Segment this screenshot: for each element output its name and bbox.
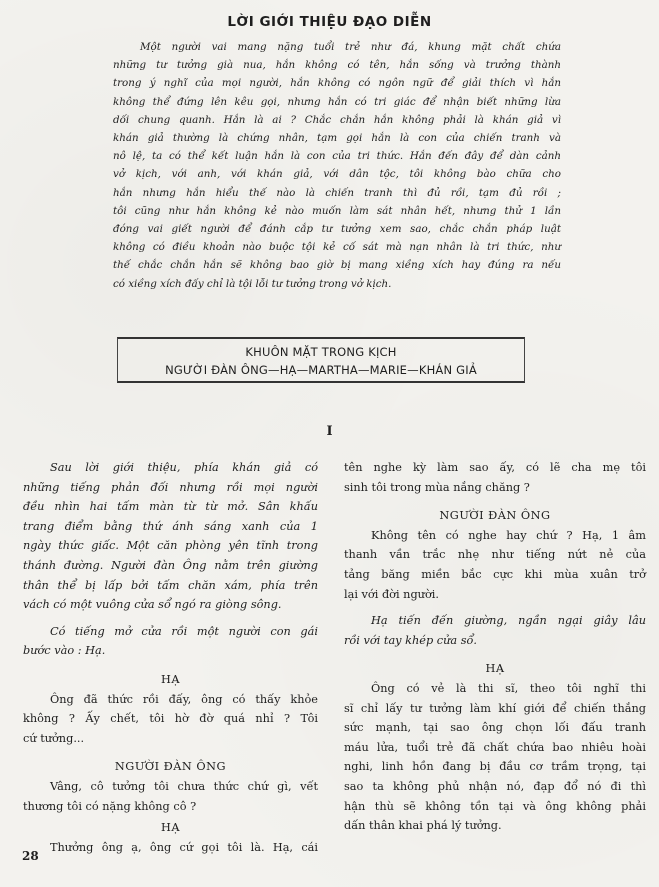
text-line: trang điểm bằng thứ ánh sáng xanh của 1 <box>23 517 318 537</box>
dialogue-continued: tên nghe kỳ làm sao ấy, có lẽ cha mẹ tôi… <box>344 458 646 497</box>
text-line: Một người vai mang nặng tuổi trẻ như đá,… <box>113 38 561 56</box>
dialogue: Ông có vẻ là thi sĩ, theo tôi nghĩ thisĩ… <box>344 679 646 836</box>
text-line: ngày thức giấc. Một căn phòng yên tĩnh t… <box>23 536 318 556</box>
dialogue: Vâng, cô tưởng tôi chưa thức chứ gì, vết… <box>23 777 318 816</box>
text-line: những tiếng phản đối nhưng rồi mọi người <box>23 478 318 498</box>
text-line: cứ tưởng... <box>23 729 318 749</box>
cast-heading: KHUÔN MẶT TRONG KỊCH <box>118 343 524 361</box>
text-line: Vâng, cô tưởng tôi chưa thức chứ gì, vết <box>23 777 318 797</box>
text-line: vách có một vuông cửa sổ ngó ra giòng sô… <box>23 595 318 615</box>
speaker-name: NGƯỜI ĐÀN ÔNG <box>23 757 318 777</box>
act-number: I <box>0 424 659 439</box>
text-line: Có tiếng mở cửa rồi một người con gái <box>23 622 318 642</box>
text-line: tên nghe kỳ làm sao ấy, có lẽ cha mẹ tôi <box>344 458 646 478</box>
text-line: khán giả thường là chứng nhân, tạm gọi h… <box>113 129 561 147</box>
text-line: thế chắc chắn hắn sẽ không bao giờ bị ma… <box>113 256 561 274</box>
dialogue: Không tên có nghe hay chứ ? Hạ, 1 âmthan… <box>344 526 646 604</box>
text-line: dối chung quanh. Hắn là ai ? Chắc chắn h… <box>113 111 561 129</box>
speaker-name: HẠ <box>344 659 646 679</box>
text-line: lại với đời người. <box>344 585 646 605</box>
text-line: không thể đứng lên kêu gọi, nhưng hắn có… <box>113 93 561 111</box>
text-line: bước vào : Hạ. <box>23 641 318 661</box>
text-line: thánh đường. Người đàn Ông nằm trên giườ… <box>23 556 318 576</box>
text-line: có xiềng xích đấy chỉ là tội lỗi tư tưởn… <box>113 275 561 293</box>
text-line: Sau lời giới thiệu, phía khán giả có <box>23 458 318 478</box>
text-line: không ? Ấy chết, tôi hờ đờ quá nhỉ ? Tôi <box>23 709 318 729</box>
text-line: dấn thân khai phá lý tưởng. <box>344 816 646 836</box>
text-line: vở kịch, với anh, với khán giả, với dân … <box>113 165 561 183</box>
text-line: Ông đã thức rồi đấy, ông có thấy khỏe <box>23 690 318 710</box>
speaker-name: NGƯỜI ĐÀN ÔNG <box>344 506 646 526</box>
director-intro-title: LỜI GIỚI THIỆU ĐẠO DIỄN <box>0 14 659 30</box>
dialogue: Ông đã thức rồi đấy, ông có thấy khỏekhô… <box>23 690 318 749</box>
dialogue: Thưởng ông ạ, ông cứ gọi tôi là. Hạ, cái <box>23 838 318 858</box>
director-intro-paragraph: Một người vai mang nặng tuổi trẻ như đá,… <box>113 38 561 293</box>
right-column: tên nghe kỳ làm sao ấy, có lẽ cha mẹ tôi… <box>344 458 646 836</box>
text-line: rồi với tay khép cửa sổ. <box>344 631 646 651</box>
text-line: Ông có vẻ là thi sĩ, theo tôi nghĩ thi <box>344 679 646 699</box>
text-line: đóng vai giết người để đánh cắp tư tưởng… <box>113 220 561 238</box>
speaker-name: HẠ <box>23 818 318 838</box>
text-line: Hạ tiến đến giường, ngần ngại giây lâu <box>344 611 646 631</box>
cast-list-box: KHUÔN MẶT TRONG KỊCH NGƯỜI ĐÀN ÔNG—HẠ—MA… <box>117 337 525 383</box>
stage-direction: Hạ tiến đến giường, ngần ngại giây lâurồ… <box>344 611 646 650</box>
text-line: đều nhìn hai tấm màn từ từ mở. Sân khấu <box>23 497 318 517</box>
text-line: nghi, linh hồn đang bị đầu cơ trầm trọng… <box>344 757 646 777</box>
text-line: máu lửa, tuổi trẻ đã chất chứa bao nhiêu… <box>344 738 646 758</box>
text-line: tôi cũng như hắn không kẻ nào muốn làm s… <box>113 202 561 220</box>
stage-direction: Có tiếng mở cửa rồi một người con gáibướ… <box>23 622 318 661</box>
text-line: thương tôi có nặng không cô ? <box>23 797 318 817</box>
text-line: sĩ chỉ lấy tư tưởng làm khí giới để chiế… <box>344 699 646 719</box>
text-line: thân thể bị lấp bởi tấm chăn xám, phía t… <box>23 576 318 596</box>
text-line: hận thù sẽ không tồn tại và ông không ph… <box>344 797 646 817</box>
text-line: thanh vần trắc nhẹ như tiếng nứt nẻ của <box>344 545 646 565</box>
cast-characters: NGƯỜI ĐÀN ÔNG—HẠ—MARTHA—MARIE—KHÁN GIẢ <box>118 361 524 379</box>
text-line: không có điều khoản nào buộc tội kẻ cố s… <box>113 238 561 256</box>
text-line: sao ta không phủ nhận nó, đạp đổ nó đi t… <box>344 777 646 797</box>
text-line: Không tên có nghe hay chứ ? Hạ, 1 âm <box>344 526 646 546</box>
speaker-name: HẠ <box>23 670 318 690</box>
text-line: tảng băng miền bắc cực khi mùa xuân trở <box>344 565 646 585</box>
text-line: nô lệ, ta có thể kết luận hắn là con của… <box>113 147 561 165</box>
book-page: LỜI GIỚI THIỆU ĐẠO DIỄN Một người vai ma… <box>0 0 659 887</box>
text-line: sức mạnh, tại sao ông chọn lối đấu tranh <box>344 718 646 738</box>
text-line: Thưởng ông ạ, ông cứ gọi tôi là. Hạ, cái <box>23 838 318 858</box>
text-line: trong ý nghĩ của mọi người, hắn không có… <box>113 74 561 92</box>
stage-direction: Sau lời giới thiệu, phía khán giả cónhữn… <box>23 458 318 615</box>
page-number: 28 <box>22 849 39 863</box>
text-line: sinh tôi trong mùa nắng chăng ? <box>344 478 646 498</box>
text-line: những tư tưởng già nua, hắn không có tên… <box>113 56 561 74</box>
text-line: hắn nhưng hắn hiểu thế nào là chiến tran… <box>113 184 561 202</box>
left-column: Sau lời giới thiệu, phía khán giả cónhữn… <box>23 458 318 857</box>
